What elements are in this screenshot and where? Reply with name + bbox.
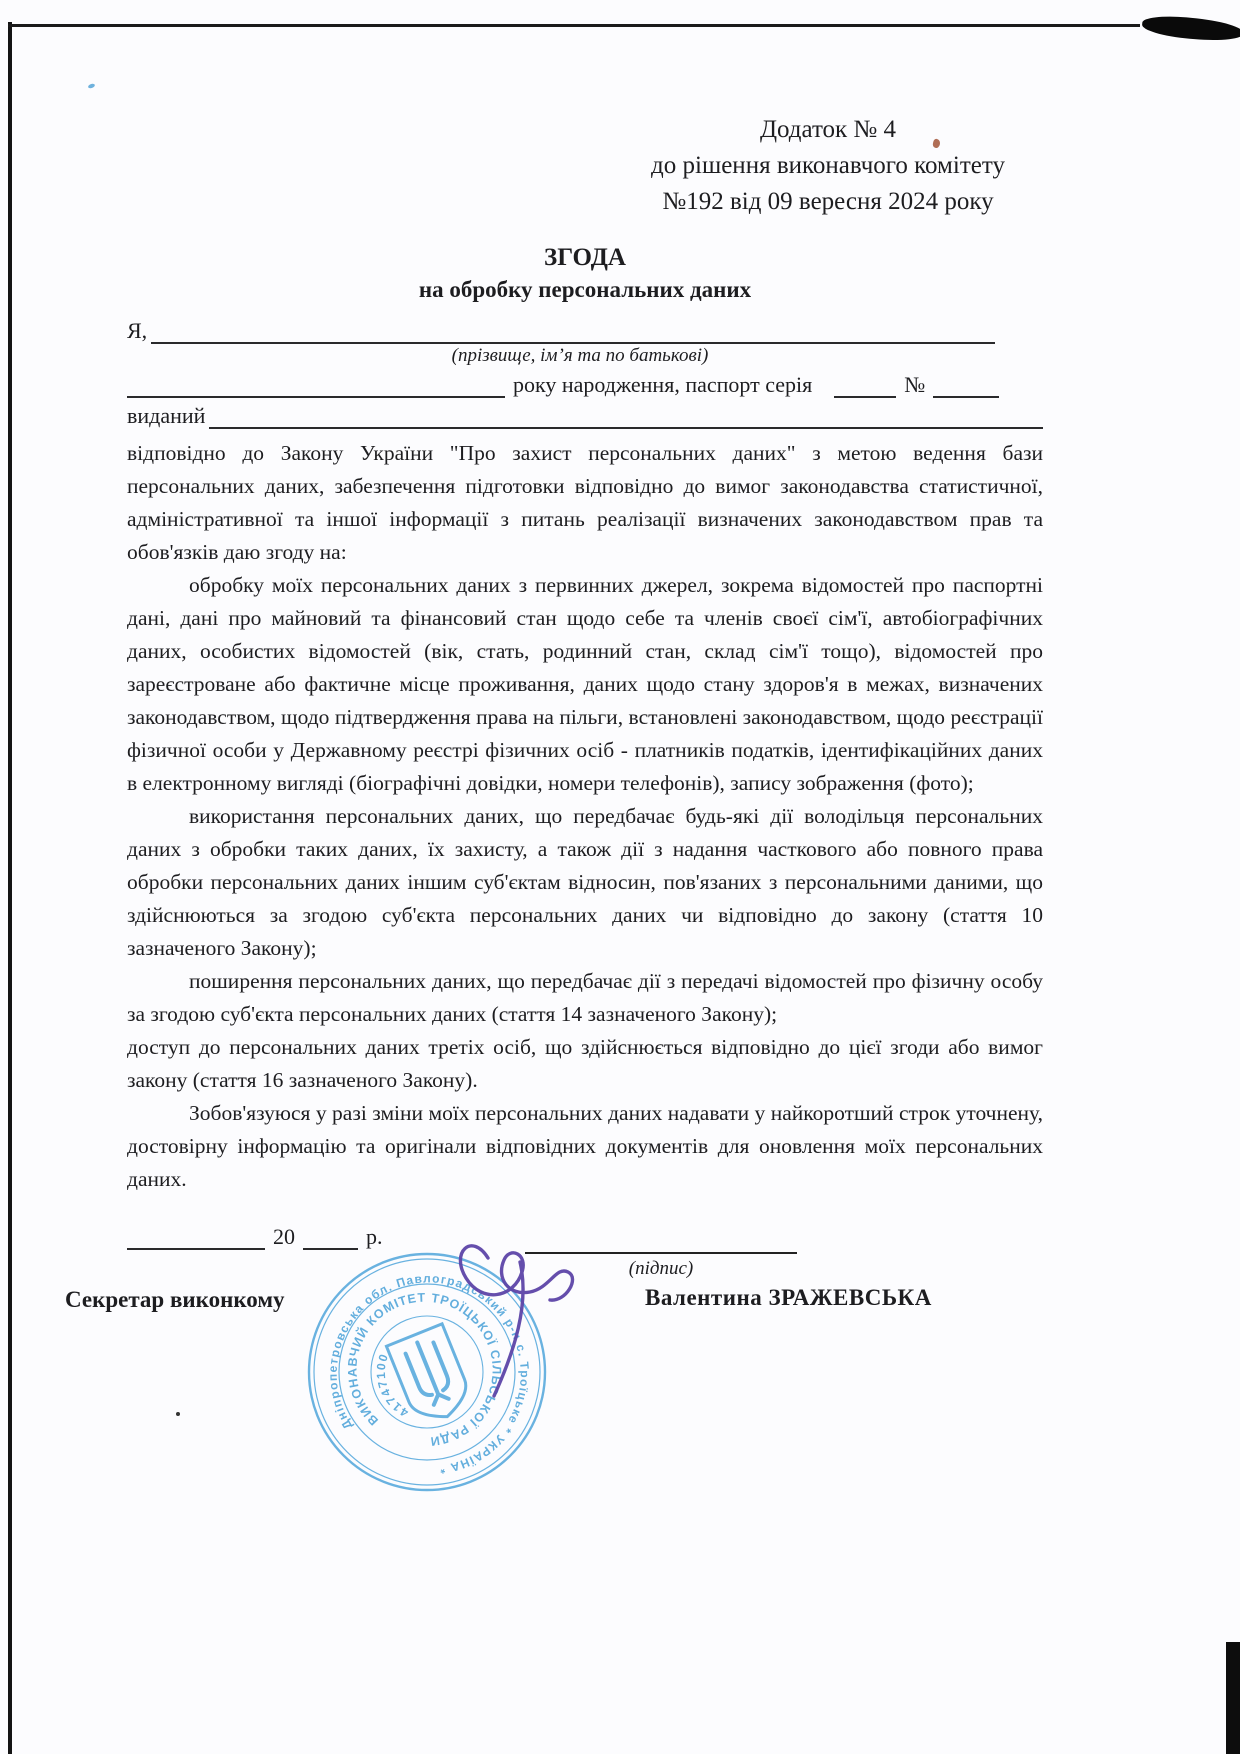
date-day-blank	[127, 1247, 265, 1250]
consent-body: відповідно до Закону України "Про захист…	[127, 437, 1043, 1196]
issued-by-line: виданий	[127, 398, 1043, 429]
passport-number-blank	[933, 395, 999, 398]
passport-no-label: №	[896, 372, 933, 398]
scan-artifact-top-right-mark	[1141, 14, 1240, 44]
stamp-inner-text: ВИКОНАВЧИЙ КОМІТЕТ ТРОЇЦЬКОЇ СІЛЬСЬКОЇ Р…	[345, 1291, 503, 1449]
secretary-name: Валентина ЗРАЖЕВСЬКА	[645, 1285, 932, 1311]
scan-artifact-left-edge	[8, 22, 12, 1754]
issued-by-blank	[209, 426, 1043, 429]
signature-blank-line	[525, 1224, 797, 1254]
document-content: Додаток № 4 до рішення виконавчого коміт…	[127, 112, 1043, 1196]
scan-artifact-black-dot	[176, 1412, 180, 1416]
data-access-paragraph: доступ до персональних даних третіх осіб…	[127, 1031, 1043, 1097]
official-stamp: Дніпропетровська обл. Павлоградський р-н…	[297, 1242, 557, 1502]
obligation-paragraph: Зобов'язуюся у разі зміни моїх персональ…	[127, 1097, 1043, 1196]
secretary-title: Секретар виконкому	[65, 1287, 285, 1313]
name-hint: (прізвище, ім’я та по батькові)	[127, 344, 1033, 367]
appendix-header: Додаток № 4 до рішення виконавчого коміт…	[613, 112, 1043, 220]
birth-passport-label: року народження, паспорт серія	[505, 372, 820, 398]
scan-artifact-blue-dot	[88, 83, 96, 89]
data-processing-paragraph: обробку моїх персональних даних з первин…	[127, 569, 1043, 800]
document-title: ЗГОДА	[127, 242, 1043, 274]
birth-year-blank	[127, 395, 505, 398]
ya-label: Я,	[127, 318, 151, 344]
scan-artifact-top-edge	[8, 24, 1140, 27]
decision-date: №192 від 09 вересня 2024 року	[613, 184, 1043, 220]
document-subtitle: на обробку персональних даних	[127, 274, 1043, 305]
issued-label: виданий	[127, 403, 209, 429]
signature-hint: (підпис)	[525, 1258, 797, 1280]
scanned-document-page: Додаток № 4 до рішення виконавчого коміт…	[0, 0, 1240, 1754]
data-distribution-paragraph: поширення персональних даних, що передба…	[127, 965, 1043, 1031]
appendix-number: Додаток № 4	[613, 112, 1043, 148]
decision-reference: до рішення виконавчого комітету	[613, 148, 1043, 184]
passport-series-blank	[834, 395, 896, 398]
birthdate-passport-line: року народження, паспорт серія №	[127, 367, 1043, 398]
data-usage-paragraph: використання персональних даних, що пере…	[127, 800, 1043, 965]
consent-intro-paragraph: відповідно до Закону України "Про захист…	[127, 437, 1043, 569]
scan-artifact-right-bottom-bar	[1226, 1642, 1240, 1754]
full-name-blank-line: Я,	[127, 313, 995, 344]
